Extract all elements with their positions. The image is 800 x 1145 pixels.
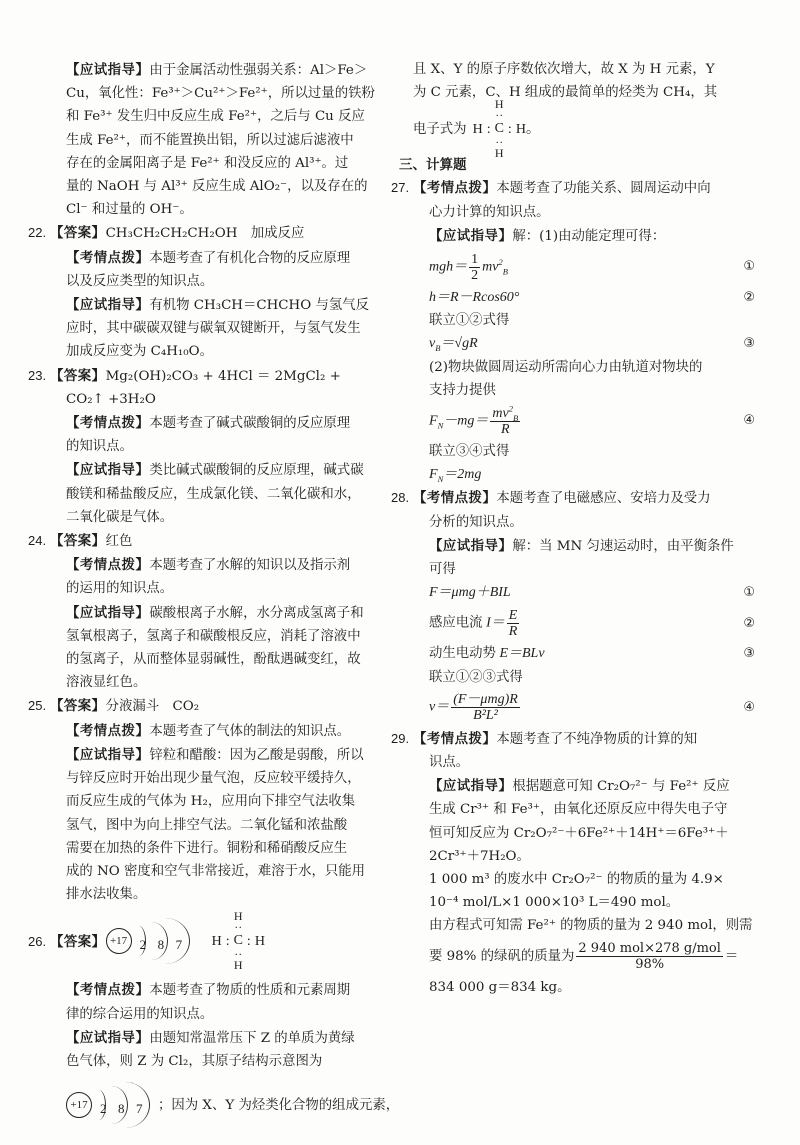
question-number: 23. [28, 364, 46, 387]
section-title: 三、计算题 [399, 154, 763, 176]
q25-guide-line: 排水法收集。 [50, 883, 400, 906]
q28-point-line: 分析的知识点。 [413, 511, 763, 534]
answer-page: 【应试指导】由于金属活动性强弱关系：Al＞Fe＞ Cu，氧化性：Fe³⁺＞Cu²… [0, 0, 800, 1145]
q27-point: 27.【考情点拨】本题考查了功能关系、圆周运动中向 [413, 176, 763, 200]
q24-guide-line: 溶液显红色。 [50, 671, 400, 694]
q26-guide: 【应试指导】由题知常温常压下 Z 的单质为黄绿 [50, 1026, 400, 1050]
q28-eq2: 感应电流 I＝ER ② [413, 604, 763, 642]
q25-guide-line: 需要在加热的条件下进行。铜粉和稀硝酸反应生 [50, 837, 400, 860]
q23-point-line: 的知识点。 [50, 435, 400, 458]
q29-point: 29.【考情点拨】本题考查了不纯净物质的计算的知 [413, 727, 763, 751]
q21-guide-line: Cu，氧化性：Fe³⁺＞Cu²⁺＞Fe²⁺，所以过量的铁粉 [50, 82, 400, 105]
q25-guide-line: 成的 NO 密度和空气非常接近，难溶于水，只能用 [50, 860, 400, 883]
q27-combine: 联立③④式得 [413, 440, 763, 463]
q22-guide-line: 加成反应变为 C₄H₁₀O。 [50, 340, 400, 363]
q22-guide: 【应试指导】有机物 CH₃CH＝CHCHO 与氢气反 [50, 293, 400, 317]
equation-number: ④ [743, 696, 755, 719]
equation-number: ③ [743, 332, 755, 355]
fraction: mv2BR [490, 406, 520, 437]
right-column: 且 X、Y 的原子序数依次增大，故 X 为 H 元素，Y 为 C 元素，C、H … [413, 58, 763, 999]
q21-guide-line: 存在的金属阳离子是 Fe²⁺ 和没反应的 Al³⁺。过 [50, 152, 400, 175]
fraction: (F－μmg)RB²L² [451, 692, 520, 723]
q23-answer: 23.【答案】Mg₂(OH)₂CO₃ + 4HCl ＝ 2MgCl₂ + [50, 364, 400, 388]
q27-point-line: 心力计算的知识点。 [413, 201, 763, 224]
q28-eq3: 动生电动势 E＝BLv ③ [413, 642, 763, 665]
q21-guide-line: 和 Fe³⁺ 发生归中反应生成 Fe²⁺，之后与 Cu 反应 [50, 105, 400, 128]
atom-structure-diagram: +17 2 8 7 [66, 1083, 158, 1127]
electron-shells: 2 8 7 [96, 1083, 158, 1127]
fraction: 12 [469, 252, 480, 283]
equation-number: ③ [743, 642, 755, 665]
q24-answer: 24.【答案】红色 [50, 529, 400, 553]
equation-number: ① [743, 581, 755, 604]
q25-guide-line: 与锌反应时开始出现少量气泡，反应较平缓持久， [50, 767, 400, 790]
fraction: ER [507, 608, 520, 639]
q26-cont-line: 为 C 元素，C、H 组成的最简单的烃类为 CH₄，其 [413, 81, 763, 104]
q23-guide-line: 酸镁和稀盐酸反应，生成氯化镁、二氧化碳和水， [50, 483, 400, 506]
q24-guide-line: 的氢离子，从而整体显弱碱性，酚酞遇碱变红，故 [50, 648, 400, 671]
q25-guide: 【应试指导】锌粒和醋酸：因为乙酸是弱酸，所以 [50, 743, 400, 767]
q26-answer: 26. 【答案】 +17 2 8 7 H : H ·· C [50, 910, 400, 972]
q27-eq3: vB＝√gR ③ [413, 332, 763, 355]
q21-guide-line: 量的 NaOH 与 Al³⁺ 反应生成 AlO₂⁻，以及存在的 [50, 175, 400, 198]
question-number: 27. [391, 176, 409, 199]
q25-guide-line: 氢气，图中为向上排空气法。二氧化锰和浓盐酸 [50, 814, 400, 837]
fraction: 2 940 mol×278 g/mol98% [576, 941, 723, 972]
q27-eq1: mgh＝12mv2B ① [413, 248, 763, 286]
equation-number: ② [743, 286, 755, 309]
guide-tag: 【应试指导】 [66, 62, 149, 77]
q27-combine: 联立①②式得 [413, 309, 763, 332]
q28-guide: 【应试指导】解：当 MN 匀速运动时，由平衡条件 [413, 534, 763, 558]
q28-point: 28.【考情点拨】本题考查了电磁感应、安培力及受力 [413, 486, 763, 510]
q26-point-line: 律的综合运用的知识点。 [50, 1003, 400, 1026]
atom-structure-diagram: +17 2 8 7 [106, 919, 198, 963]
q28-eq4: v＝(F－μmg)RB²L² ④ [413, 689, 763, 727]
q24-guide-line: 氢氧根离子，氢离子和碳酸根反应，消耗了溶液中 [50, 625, 400, 648]
q25-guide-line: 而反应生成的气体为 H₂，应用向下排空气法收集 [50, 790, 400, 813]
q22-guide-line: 应时，其中碳碳双键与碳氧双键断开，与氢气发生 [50, 317, 400, 340]
q22-answer: 22.【答案】CH₃CH₂CH₂CH₂OH 加成反应 [50, 221, 400, 245]
methane-electron-formula: H : H ·· C ·· H : H 。 [473, 99, 540, 159]
q26-guide-atom-line: +17 2 8 7 ；因为 X、Y 为烃类化合物的组成元素， [50, 1079, 400, 1131]
q27-result: FN＝2mg [413, 463, 763, 486]
equation-number: ④ [743, 409, 755, 432]
left-column: 【应试指导】由于金属活动性强弱关系：Al＞Fe＞ Cu，氧化性：Fe³⁺＞Cu²… [50, 58, 400, 1131]
q29-guide: 【应试指导】根据题意可知 Cr₂O₇²⁻ 与 Fe²⁺ 反应 [413, 774, 763, 798]
q29-guide-line: 生成 Cr³⁺ 和 Fe³⁺，由氧化还原反应中得失电子守 [413, 798, 763, 821]
q27-eq4: FN－mg＝mv2BR ④ [413, 402, 763, 440]
q29-guide-line: 2Cr³⁺＋7H₂O。 [413, 845, 763, 868]
equation-number: ① [743, 255, 755, 278]
question-number: 25. [28, 694, 46, 717]
q22-point: 【考情点拨】本题考查了有机化合物的反应原理 [50, 246, 400, 270]
q29-final: 834 000 g＝834 kg。 [413, 976, 763, 999]
q26-point: 【考情点拨】本题考查了物质的性质和元素周期 [50, 978, 400, 1002]
question-number: 29. [391, 727, 409, 750]
q27-eq2: h＝R－Rcos60° ② [413, 286, 763, 309]
q21-guide-line: 【应试指导】由于金属活动性强弱关系：Al＞Fe＞ [50, 58, 400, 82]
q25-point: 【考情点拨】本题考查了气体的制法的知识点。 [50, 719, 400, 743]
electron-shells: 2 8 7 [136, 919, 198, 963]
equation-number: ② [743, 612, 755, 635]
q26-guide-line: 色气体，则 Z 为 Cl₂，其原子结构示意图为 [50, 1050, 400, 1073]
q28-combine: 联立①②③式得 [413, 666, 763, 689]
q21-guide-line: 生成 Fe²⁺，而不能置换出铝，所以过滤后滤液中 [50, 129, 400, 152]
q26-electron-formula-line: 电子式为 H : H ·· C ·· H : H 。 [413, 104, 763, 154]
q23-guide: 【应试指导】类比碱式碳酸铜的反应原理，碱式碳 [50, 458, 400, 482]
shell-arc [140, 918, 190, 964]
q27-guide: 【应试指导】解：(1)由动能定理可得： [413, 224, 763, 248]
q22-point-line: 以及反应类型的知识点。 [50, 270, 400, 293]
nucleus-circle: +17 [66, 1092, 92, 1118]
q29-mass-line: 要 98% 的绿矾的质量为 2 940 mol×278 g/mol98% ＝ [413, 938, 763, 976]
question-number: 26. [28, 930, 46, 953]
q28-guide-line: 可得 [413, 558, 763, 581]
q28-eq1: F＝μmg＋BIL ① [413, 581, 763, 604]
nucleus-circle: +17 [106, 928, 132, 954]
q29-guide-line: 1 000 m³ 的废水中 Cr₂O₇²⁻ 的物质的量为 4.9× [413, 868, 763, 891]
q29-guide-line: 恒可知反应为 Cr₂O₇²⁻＋6Fe²⁺＋14H⁺＝6Fe³⁺＋ [413, 822, 763, 845]
q29-guide-line: 由方程式可知需 Fe²⁺ 的物质的量为 2 940 mol，则需 [413, 914, 763, 937]
q29-point-line: 识点。 [413, 751, 763, 774]
question-number: 22. [28, 221, 46, 244]
q27-part2-line: (2)物块做圆周运动所需向心力由轨道对物块的 [413, 356, 763, 379]
methane-electron-formula: H : H ·· C ·· H : H [212, 911, 265, 971]
q23-point: 【考情点拨】本题考查了碱式碳酸铜的反应原理 [50, 411, 400, 435]
question-number: 24. [28, 529, 46, 552]
q24-guide: 【应试指导】碳酸根离子水解，水分离成氢离子和 [50, 601, 400, 625]
q23-answer-line: CO₂↑ +3H₂O [50, 388, 400, 411]
q27-part2-line: 支持力提供 [413, 379, 763, 402]
q23-guide-line: 二氧化碳是气体。 [50, 506, 400, 529]
q24-point-line: 的运用的知识点。 [50, 577, 400, 600]
q29-guide-line: 10⁻⁴ mol/L×1 000×10³ L＝490 mol。 [413, 891, 763, 914]
q21-guide-line: Cl⁻ 和过量的 OH⁻。 [50, 198, 400, 221]
q26-cont-line: 且 X、Y 的原子序数依次增大，故 X 为 H 元素，Y [413, 58, 763, 81]
question-number: 28. [391, 486, 409, 509]
q25-answer: 25.【答案】分液漏斗 CO₂ [50, 694, 400, 718]
q24-point: 【考情点拨】本题考查了水解的知识以及指示剂 [50, 553, 400, 577]
